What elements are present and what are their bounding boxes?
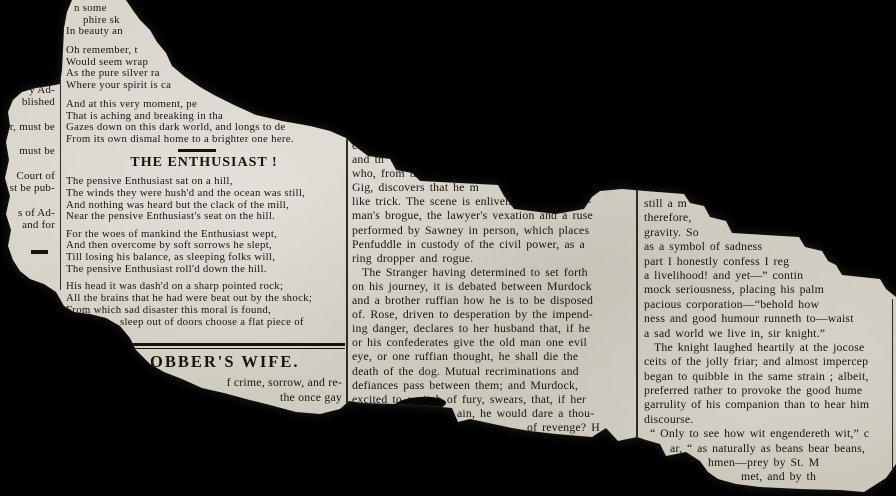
text-line: therefore, [644,210,896,224]
text-line: r, must be [0,121,55,133]
text-line: From its own dismal home to a brighter o… [66,133,342,145]
column-divider-middle [346,139,348,405]
text-line: Penfuddle in custody of the civil power,… [352,237,634,251]
text-line: still a m [644,196,896,210]
text-line: a livelihood! and yet—” contin [644,268,896,282]
poem-line: Till losing his balance, as sleeping fol… [66,251,344,263]
text-line: The Stranger having determined to set fo… [352,265,634,279]
text-line: and th [352,152,634,166]
text-line: Where your spirit is ca [66,79,342,91]
column-divider-right [636,189,638,437]
text-line: of. Rose, driven to desperation by the i… [352,307,634,321]
text-line: phire sk [66,14,342,26]
text-line: That is aching and breaking in tha [66,110,342,122]
poem-line: And nothing was heard but the clack of t… [66,199,344,211]
text-line: who, from the s [352,166,634,180]
enthusiast-poem: The pensive Enthusiast sat on a hill,The… [66,175,344,327]
text-line [0,109,55,121]
robbers-wife-fragment: f crime, sorrow, and re-the once gay [150,375,342,404]
text-line [66,91,342,98]
text-line: and a brother ruffian how he is to be di… [352,293,634,307]
text-line: Gig, discovers that he m [352,180,634,194]
text-line [0,195,55,207]
column-divider-left [60,22,62,290]
poem-line: Near the pensive Enthusiast's seat on th… [66,210,344,222]
text-line: ar, “ as naturally as beans bear beans, [644,441,896,455]
poem-line: His head it was dash'd on a sharp pointe… [66,280,344,292]
text-line: ain, he would dare a thou- [352,406,634,420]
poem-line: sleep out of doors choose a flat piece o… [66,316,344,328]
paper-shadow-wrap: y Ad-blishedr, must bemust beCourt ofst … [0,0,896,496]
text-line: Court of [0,170,55,182]
section-divider-rule [178,149,216,152]
text-line: And at this very moment, pe [66,98,342,110]
text-line: In beauty an [66,25,342,37]
text-line: ring dropper and rogue. [352,251,634,265]
text-line: must be [0,145,55,157]
torn-newspaper-scene: y Ad-blishedr, must bemust beCourt ofst … [0,0,896,496]
text-line: discourse. [644,412,896,426]
text-line [66,37,342,44]
poem-line: All the brains that he had were beat out… [66,292,344,304]
text-line: Oh remember, t [66,44,342,56]
text-line: defiances pass between them; and Murdock… [352,378,634,392]
text-line: preferred rather to provoke the good hum… [644,383,896,397]
robbers-wife-heading: OBBER'S WIFE. [150,352,299,372]
middle-column: cand thwho, from the sGig, discovers tha… [352,138,634,434]
text-line: blished [0,96,55,108]
text-line: and for [0,219,55,231]
left-strip-rule [31,250,48,254]
text-line: performed by Sawney in person, which pla… [352,223,634,237]
poem-line: For the woes of mankind the Enthusiast w… [66,228,344,240]
left-strip-column: y Ad-blishedr, must bemust beCourt ofst … [0,84,55,232]
poem-top-fragment: n somephire skIn beauty anOh remember, t… [66,2,342,145]
poem-line: The pensive Enthusiast roll'd down the h… [66,263,344,275]
text-line: As the pure silver ra [66,67,342,79]
text-line: began to quibble in the same strain ; al… [644,369,896,383]
text-line: of revenge? H [352,420,634,434]
text-line: like trick. The scene is enlivened by th… [352,194,634,208]
text-line: as a symbol of sadness [644,239,896,253]
text-line: part I honestly confess I reg [644,254,896,268]
text-line: pacious corporation—“behold how [644,297,896,311]
text-line: st be pub- [0,182,55,194]
text-line: c [352,138,634,152]
text-line: f crime, sorrow, and re- [150,375,342,390]
text-line: ness and good humour runneth to—waist [644,311,896,325]
poem-line: The winds they were hush'd and the ocean… [66,187,344,199]
text-line: hmen—prey by St. M [644,455,896,469]
double-rule-bottom [124,348,345,349]
text-line: gravity. So [644,225,896,239]
text-line: The knight laughed heartily at the jocos… [644,340,896,354]
poem-line: From which sad disaster this moral is fo… [66,304,344,316]
text-line: n some [66,2,342,14]
text-line [0,158,55,170]
text-line: “ Only to see how wit engendereth wit,” … [644,426,896,440]
text-line: the once gay [150,390,342,405]
double-rule-top [124,343,345,346]
text-line: s of Ad- [0,207,55,219]
text-line: a sad world we live in, sir knight.” [644,326,896,340]
text-line: mock seriousness, placing his palm [644,282,896,296]
text-line: or his confederates give the old man one… [352,335,634,349]
poem-line: The pensive Enthusiast sat on a hill, [66,175,344,187]
poem-line: And then overcome by soft sorrows he sle… [66,239,344,251]
text-line: ceits of the jolly friar; and almost imp… [644,354,896,368]
text-line: eye, or one ruffian thought, he shall di… [352,349,634,363]
text-line: met, and by th [644,469,896,483]
torn-newspaper-fragment: y Ad-blishedr, must bemust beCourt ofst … [0,0,896,496]
text-line: garrulity of his companion than to hear … [644,397,896,411]
text-line [0,133,55,145]
text-line: Gazes down on this dark world, and longs… [66,121,342,133]
text-line: y Ad- [0,84,55,96]
text-line: Would seem wrap [66,56,342,68]
right-column: still a mtherefore,gravity. Soas a symbo… [644,196,896,484]
text-line: ing danger, declares to her husband that… [352,321,634,335]
text-line: on his journey, it is debated between Mu… [352,279,634,293]
text-line: death of the dog. Mutual recriminations … [352,364,634,378]
enthusiast-heading: THE ENTHUSIAST ! [66,155,342,171]
text-line: man's brogue, the lawyer's vexation and … [352,208,634,222]
